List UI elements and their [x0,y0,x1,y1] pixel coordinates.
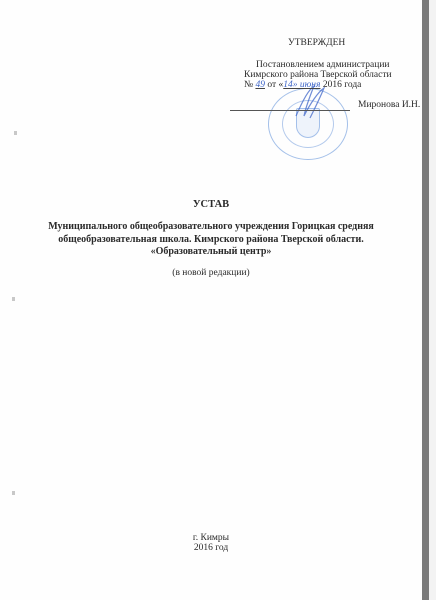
punch-mark [12,491,15,495]
footer-city: г. Кимры [0,533,422,543]
punch-mark [12,297,15,301]
number-prefix: № [244,80,253,90]
subtitle-line: общеобразовательная школа. Кимрского рай… [0,234,422,247]
subtitle-line: Муниципального общеобразовательного учре… [0,221,422,234]
approval-number-date-line: № 49 от «14» июня 2016 года [244,80,361,91]
document-edition: (в новой редакции) [0,268,422,278]
document-subtitle: Муниципального общеобразовательного учре… [0,221,422,259]
signature-line [230,110,350,111]
scan-edge-margin [429,0,436,600]
punch-mark [14,131,17,135]
decree-date: 14» июня [283,80,320,90]
date-suffix: 2016 года [323,80,362,90]
date-prefix: от « [267,80,283,90]
document-title: УСТАВ [0,199,422,210]
subtitle-line: «Образовательный центр» [0,246,422,259]
scan-edge-bar [422,0,429,600]
footer-year: 2016 год [0,543,422,553]
signer-name: Миронова И.Н. [358,100,420,111]
document-page [0,0,436,600]
approval-title: УТВЕРЖДЕН [288,38,345,49]
decree-number: 49 [255,80,265,90]
